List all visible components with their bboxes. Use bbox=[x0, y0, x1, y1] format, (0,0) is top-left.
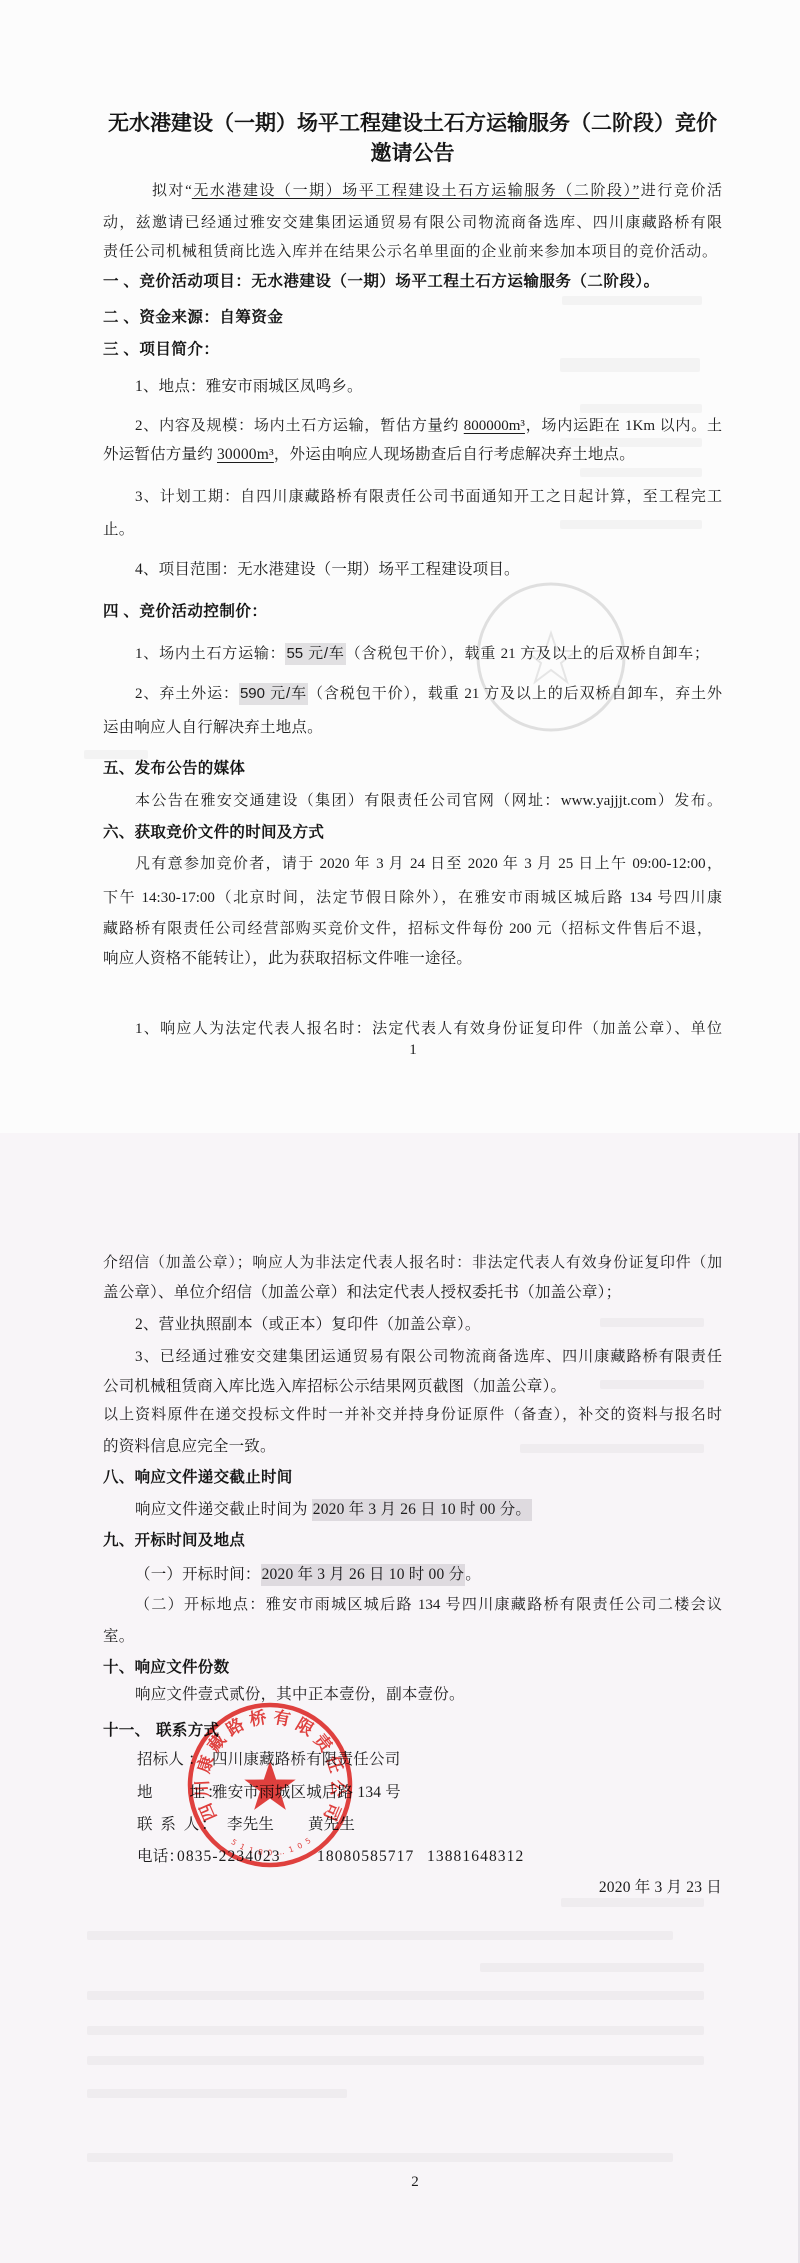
opening-time-suffix: 。 bbox=[465, 1566, 481, 1583]
control-price-item-2-line-2: 运由响应人自行解决弃土地点。 bbox=[103, 717, 323, 739]
scope-text: 外运暂估方量约 bbox=[103, 446, 217, 463]
publication-media-text: 本公告在雅安交通建设（集团）有限责任公司官网（网址：www.yajjjt.com… bbox=[135, 790, 722, 812]
section-8-heading: 八、响应文件递交截止时间 bbox=[103, 1466, 293, 1488]
section-6-heading: 六、获取竞价文件的时间及方式 bbox=[103, 821, 324, 843]
price-highlight: 590 元/车 bbox=[239, 683, 308, 705]
opening-time: （一）开标时间：2020 年 3 月 26 日 10 时 00 分。 bbox=[135, 1564, 481, 1586]
show-through-mark bbox=[580, 404, 702, 413]
scope-text: ，外运由响应人现场勘查后自行考虑解决弃土地点。 bbox=[274, 446, 635, 463]
document-title-line2: 邀请公告 bbox=[100, 139, 725, 167]
acquisition-line-1: 凡有意参加竞价者，请于 2020 年 3 月 24 日至 2020 年 3 月 … bbox=[135, 853, 722, 875]
scanned-document: 无水港建设（一期）场平工程建设土石方运输服务（二阶段）竞价 邀请公告 拟对“无水… bbox=[0, 0, 800, 2263]
project-location: 1、地点：雅安市雨城区凤鸣乡。 bbox=[135, 376, 363, 398]
requirement-2: 2、营业执照副本（或正本）复印件（加盖公章）。 bbox=[135, 1314, 481, 1336]
show-through-mark bbox=[480, 1963, 704, 1972]
phone-number: 13881648312 bbox=[427, 1846, 524, 1868]
project-scope-line-1: 2、内容及规模：场内土石方运输，暂估方量约 800000m³，场内运距在 1Km… bbox=[135, 415, 722, 437]
requirement-3-line-2: 公司机械租赁商入库比选入库招标公示结果网页截图（加盖公章）。 bbox=[103, 1376, 566, 1398]
acquisition-line-2: 下午 14:30-17:00（北京时间，法定节假日除外），在雅安市雨城区城后路 … bbox=[103, 887, 722, 909]
section-2-heading: 二 、资金来源：自筹资金 bbox=[103, 307, 283, 329]
show-through-mark bbox=[87, 2089, 347, 2098]
show-through-mark bbox=[520, 1444, 704, 1453]
show-through-mark bbox=[580, 468, 702, 477]
opening-time-highlight: 2020 年 3 月 26 日 10 时 00 分 bbox=[261, 1564, 466, 1586]
show-through-mark bbox=[87, 1991, 704, 2000]
page-number: 2 bbox=[395, 2172, 435, 2192]
scope-volume: 800000m³ bbox=[464, 418, 525, 434]
show-through-mark bbox=[562, 296, 702, 305]
price-terms: （含税包干价），载重 21 方及以上的后双桥自卸车，弃土外 bbox=[308, 686, 722, 702]
submission-deadline: 响应文件递交截止时间为 2020 年 3 月 26 日 10 时 00 分。 bbox=[135, 1499, 532, 1521]
opening-place-line-1: （二）开标地点：雅安市雨城区城后路 134 号四川康藏路桥有限责任公司二楼会议 bbox=[135, 1594, 722, 1616]
project-schedule-line-1: 3、计划工期：自四川康藏路桥有限责任公司书面通知开工之日起计算，至工程完工 bbox=[135, 486, 722, 508]
section-5-heading: 五、发布公告的媒体 bbox=[103, 757, 245, 779]
section-10-heading: 十、响应文件份数 bbox=[103, 1656, 229, 1678]
star-icon bbox=[244, 1761, 295, 1810]
section-3-heading: 三 、项目简介： bbox=[103, 339, 219, 361]
price-terms: （含税包干价），载重 21 方及以上的后双桥自卸车； bbox=[346, 646, 709, 662]
requirement-1-line-3: 盖公章）、单位介绍信（加盖公章）和法定代表人授权委托书（加盖公章）； bbox=[103, 1282, 621, 1304]
acquisition-line-3: 藏路桥有限责任公司经营部购买竞价文件，招标文件每份 200 元（招标文件售后不退… bbox=[103, 918, 712, 940]
opening-time-label: （一）开标时间： bbox=[135, 1566, 261, 1583]
requirements-note-line-2: 的资料信息应完全一致。 bbox=[103, 1436, 276, 1458]
scope-text: 2、内容及规模：场内土石方运输，暂估方量约 bbox=[135, 418, 464, 434]
requirement-1-line-2: 介绍信（加盖公章）；响应人为非法定代表人报名时：非法定代表人有效身份证复印件（加 bbox=[103, 1252, 722, 1274]
intro-line-3: 责任公司机械租赁商比选入库并在结果公示名单里面的企业前来参加本项目的竞价活动。 bbox=[103, 241, 717, 263]
show-through-mark bbox=[87, 1931, 673, 1940]
intro-suffix: 进行竞价活 bbox=[639, 183, 722, 199]
requirement-1-line-1: 1、响应人为法定代表人报名时：法定代表人有效身份证复印件（加盖公章）、单位 bbox=[135, 1018, 722, 1040]
page-number: 1 bbox=[393, 1040, 433, 1060]
control-price-item-1: 1、场内土石方运输：55 元/车（含税包干价），载重 21 方及以上的后双桥自卸… bbox=[135, 643, 709, 665]
section-1-heading: 一 、竞价活动项目：无水港建设（一期）场平工程土石方运输服务（二阶段）。 bbox=[103, 271, 660, 293]
deadline-highlight: 2020 年 3 月 26 日 10 时 00 分。 bbox=[312, 1499, 532, 1521]
show-through-mark bbox=[560, 358, 700, 372]
section-4-heading: 四 、竞价活动控制价： bbox=[103, 601, 267, 623]
show-through-mark bbox=[600, 1380, 704, 1389]
section-9-heading: 九、开标时间及地点 bbox=[103, 1529, 245, 1551]
show-through-mark bbox=[87, 2026, 704, 2035]
intro-line-2: 动，兹邀请已经通过雅安交建集团运通贸易有限公司物流商备选库、四川康藏路桥有限 bbox=[103, 212, 722, 234]
requirement-3-line-1: 3、已经通过雅安交建集团运通贸易有限公司物流商备选库、四川康藏路桥有限责任 bbox=[135, 1346, 722, 1368]
price-highlight: 55 元/车 bbox=[285, 643, 345, 665]
requirements-note-line-1: 以上资料原件在递交投标文件时一并补交并持身份证原件（备查），补交的资料与报名时 bbox=[103, 1404, 722, 1426]
document-title-line1: 无水港建设（一期）场平工程建设土石方运输服务（二阶段）竞价 bbox=[100, 109, 725, 137]
seal-code-text: 51180…105 bbox=[230, 1836, 313, 1857]
scope-volume: 30000m³ bbox=[217, 446, 274, 463]
control-price-item-2-line-1: 2、弃土外运：590 元/车（含税包干价），载重 21 方及以上的后双桥自卸车，… bbox=[135, 683, 722, 705]
opening-place-line-2: 室。 bbox=[103, 1626, 134, 1648]
show-through-mark bbox=[87, 2056, 704, 2065]
show-through-mark bbox=[561, 1898, 704, 1907]
price-label: 1、场内土石方运输： bbox=[135, 646, 285, 662]
issue-date: 2020 年 3 月 23 日 bbox=[522, 1877, 722, 1899]
show-through-mark bbox=[560, 520, 702, 529]
seal-code: 51180…105 bbox=[230, 1836, 313, 1857]
price-label: 2、弃土外运： bbox=[135, 686, 239, 702]
intro-prefix: 拟对“ bbox=[152, 183, 192, 199]
project-scope-line-2: 外运暂估方量约 30000m³，外运由响应人现场勘查后自行考虑解决弃土地点。 bbox=[103, 444, 635, 466]
scope-text: ，场内运距在 1Km 以内。土 bbox=[525, 418, 722, 434]
show-through-mark bbox=[600, 1318, 704, 1327]
official-seal: 四川康藏路桥有限责任公司 51180…105 bbox=[185, 1700, 355, 1870]
deadline-label: 响应文件递交截止时间为 bbox=[135, 1501, 312, 1518]
project-schedule-line-2: 止。 bbox=[103, 519, 134, 541]
project-range: 4、项目范围：无水港建设（一期）场平工程建设项目。 bbox=[135, 559, 520, 581]
acquisition-line-4: 响应人资格不能转让），此为获取招标文件唯一途径。 bbox=[103, 948, 472, 970]
project-name: 无水港建设（一期）场平工程建设土石方运输服务（二阶段）” bbox=[192, 183, 639, 199]
intro-line-1: 拟对“无水港建设（一期）场平工程建设土石方运输服务（二阶段）”进行竞价活 bbox=[152, 180, 722, 202]
show-through-mark bbox=[87, 2153, 673, 2162]
